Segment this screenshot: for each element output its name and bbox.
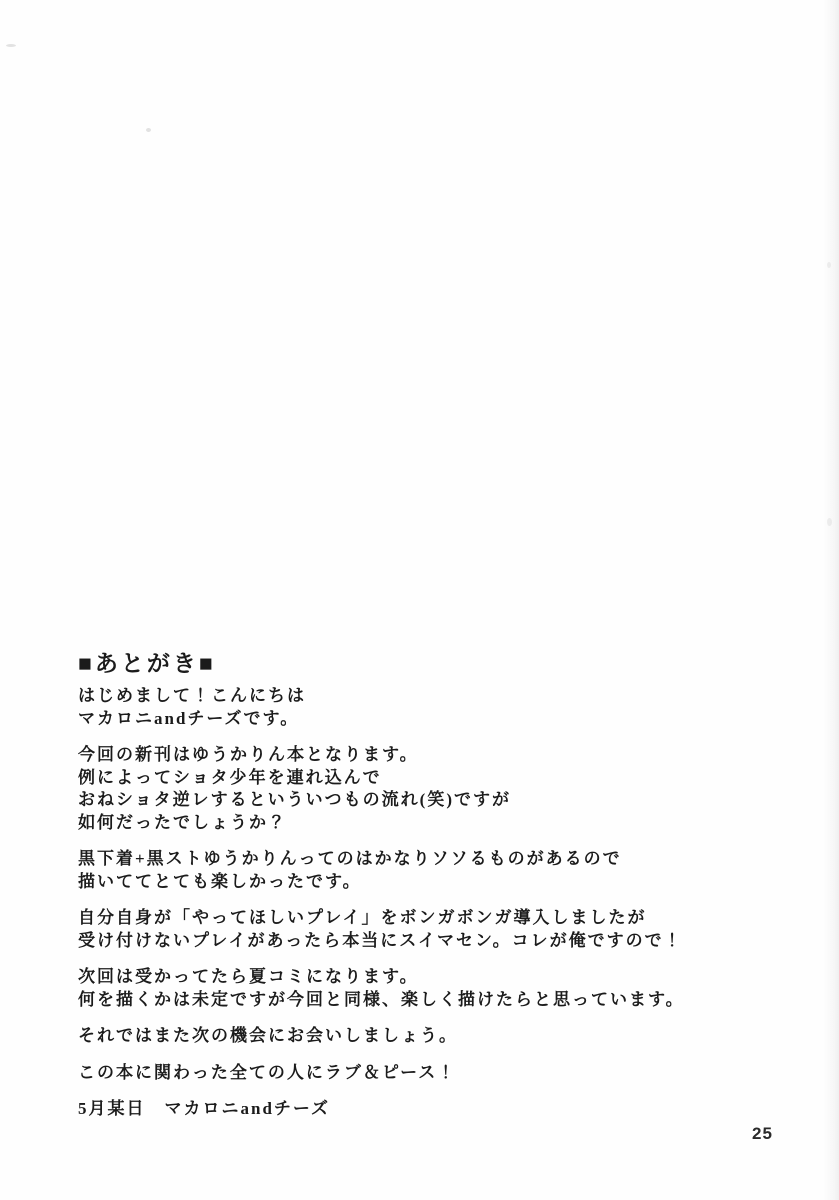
afterword-paragraph-next-time: 次回は受かってたら夏コミになります。 何を描くかは未定ですが今回と同様、楽しく描… <box>78 966 738 1011</box>
text-line: 自分自身が「やってほしいプレイ」をボンガボンガ導入しましたが <box>78 907 738 930</box>
scan-edge-artifact <box>823 0 839 1200</box>
scan-speck <box>827 262 831 268</box>
afterword-heading: ■あとがき■ <box>78 650 738 678</box>
text-line: この本に関わった全ての人にラブ＆ピース！ <box>78 1062 738 1085</box>
text-line: 描いててとても楽しかったです。 <box>78 871 738 894</box>
afterword-paragraph-thanks: この本に関わった全ての人にラブ＆ピース！ <box>78 1062 738 1085</box>
page-number: 25 <box>752 1124 773 1144</box>
text-line: それではまた次の機会にお会いしましょう。 <box>78 1025 738 1048</box>
afterword-paragraph-book-intro: 今回の新刊はゆうかりん本となります。 例によってショタ少年を連れ込んで おねショ… <box>78 744 738 834</box>
afterword-paragraph-apology: 自分自身が「やってほしいプレイ」をボンガボンガ導入しましたが 受け付けないプレイ… <box>78 907 738 952</box>
text-line: 例によってショタ少年を連れ込んで <box>78 767 738 790</box>
scanned-document-page: ■あとがき■ はじめまして！こんにちは マカロニandチーズです。 今回の新刊は… <box>0 0 839 1200</box>
text-line: 次回は受かってたら夏コミになります。 <box>78 966 738 989</box>
scan-speck <box>146 128 151 132</box>
afterword-text-block: ■あとがき■ はじめまして！こんにちは マカロニandチーズです。 今回の新刊は… <box>78 650 738 1121</box>
text-line: 何を描くかは未定ですが今回と同様、楽しく描けたらと思っています。 <box>78 989 738 1012</box>
afterword-paragraph-greeting: はじめまして！こんにちは マカロニandチーズです。 <box>78 685 738 730</box>
text-line: マカロニandチーズです。 <box>78 708 738 731</box>
text-line: 5月某日 マカロニandチーズ <box>78 1098 738 1121</box>
text-line: はじめまして！こんにちは <box>78 685 738 708</box>
text-line: 黒下着+黒ストゆうかりんってのはかなりソソるものがあるので <box>78 848 738 871</box>
scan-speck <box>6 44 16 47</box>
text-line: 今回の新刊はゆうかりん本となります。 <box>78 744 738 767</box>
scan-speck <box>827 518 832 526</box>
text-line: おねショタ逆レするといういつもの流れ(笑)ですが <box>78 789 738 812</box>
afterword-paragraph-farewell: それではまた次の機会にお会いしましょう。 <box>78 1025 738 1048</box>
afterword-paragraph-drawing: 黒下着+黒ストゆうかりんってのはかなりソソるものがあるので 描いててとても楽しか… <box>78 848 738 893</box>
text-line: 受け付けないプレイがあったら本当にスイマセン。コレが俺ですので！ <box>78 930 738 953</box>
text-line: 如何だったでしょうか？ <box>78 812 738 835</box>
afterword-signature: 5月某日 マカロニandチーズ <box>78 1098 738 1121</box>
